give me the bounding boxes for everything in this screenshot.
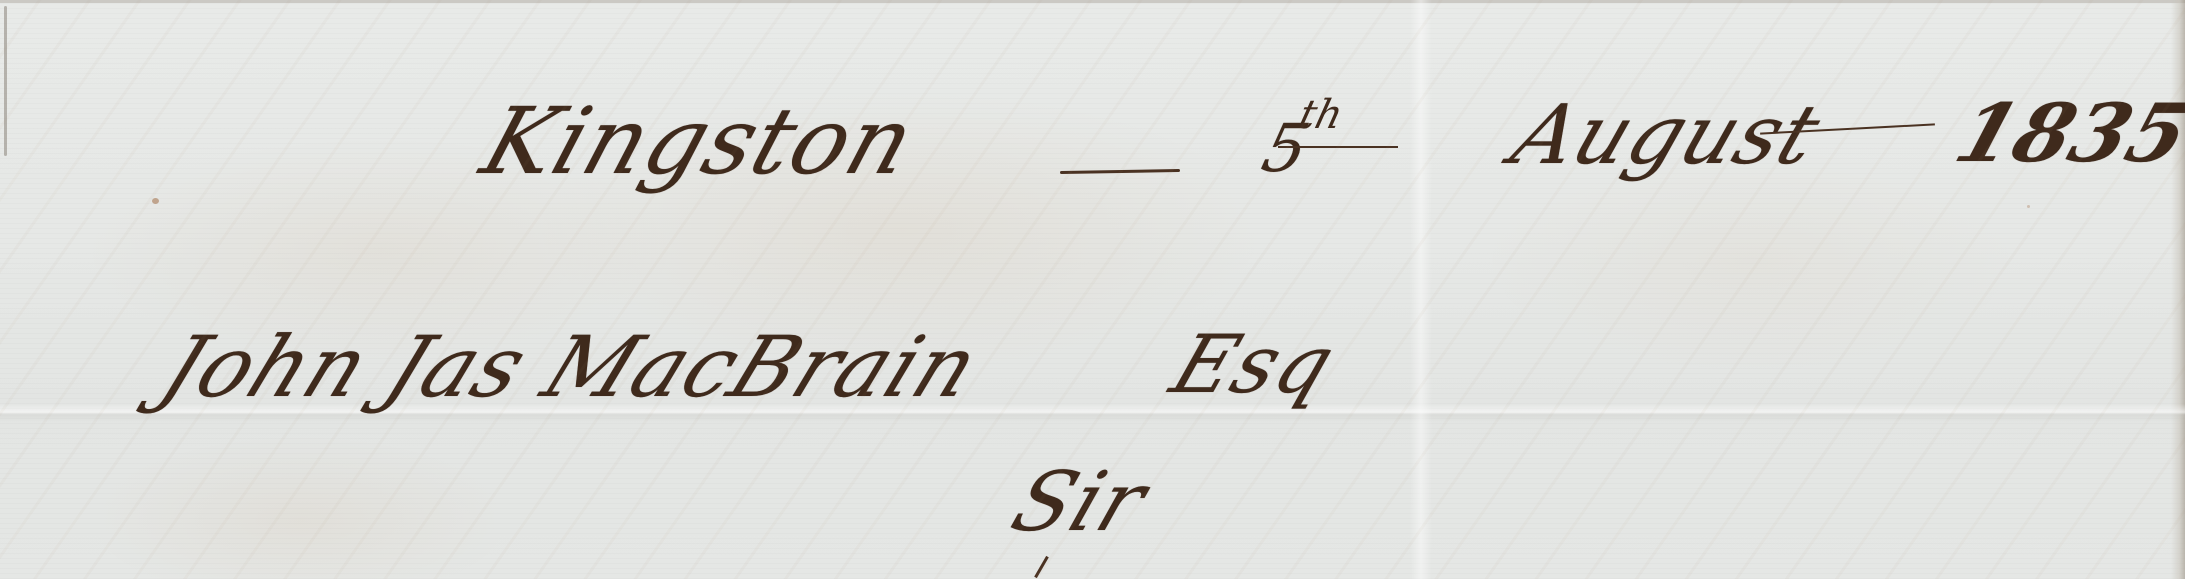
letter-addressee-name: John Jas MacBrain [148, 318, 993, 416]
place-underline-flourish [1060, 169, 1180, 174]
foxing-spot [152, 198, 159, 204]
letter-date-month: August [1500, 88, 1833, 183]
ink-stroke-continuation [1034, 556, 1049, 578]
foxing-spot [2027, 205, 2030, 208]
letter-page: Kingston 5 th August 1835 John Jas MacBr… [0, 0, 2185, 579]
letter-salutation: Sir [1000, 455, 1159, 550]
letter-date-year: 1835 [1945, 86, 2185, 180]
paper-left-frame-line [4, 6, 7, 156]
letter-date-suffix: th [1294, 92, 1347, 138]
date-suffix-underline [1278, 146, 1398, 148]
letter-place: Kingston [470, 88, 928, 195]
paper-top-edge [0, 0, 2185, 3]
vertical-fold-crease [1410, 0, 1432, 579]
letter-addressee-honorific: Esq [1160, 318, 1348, 411]
